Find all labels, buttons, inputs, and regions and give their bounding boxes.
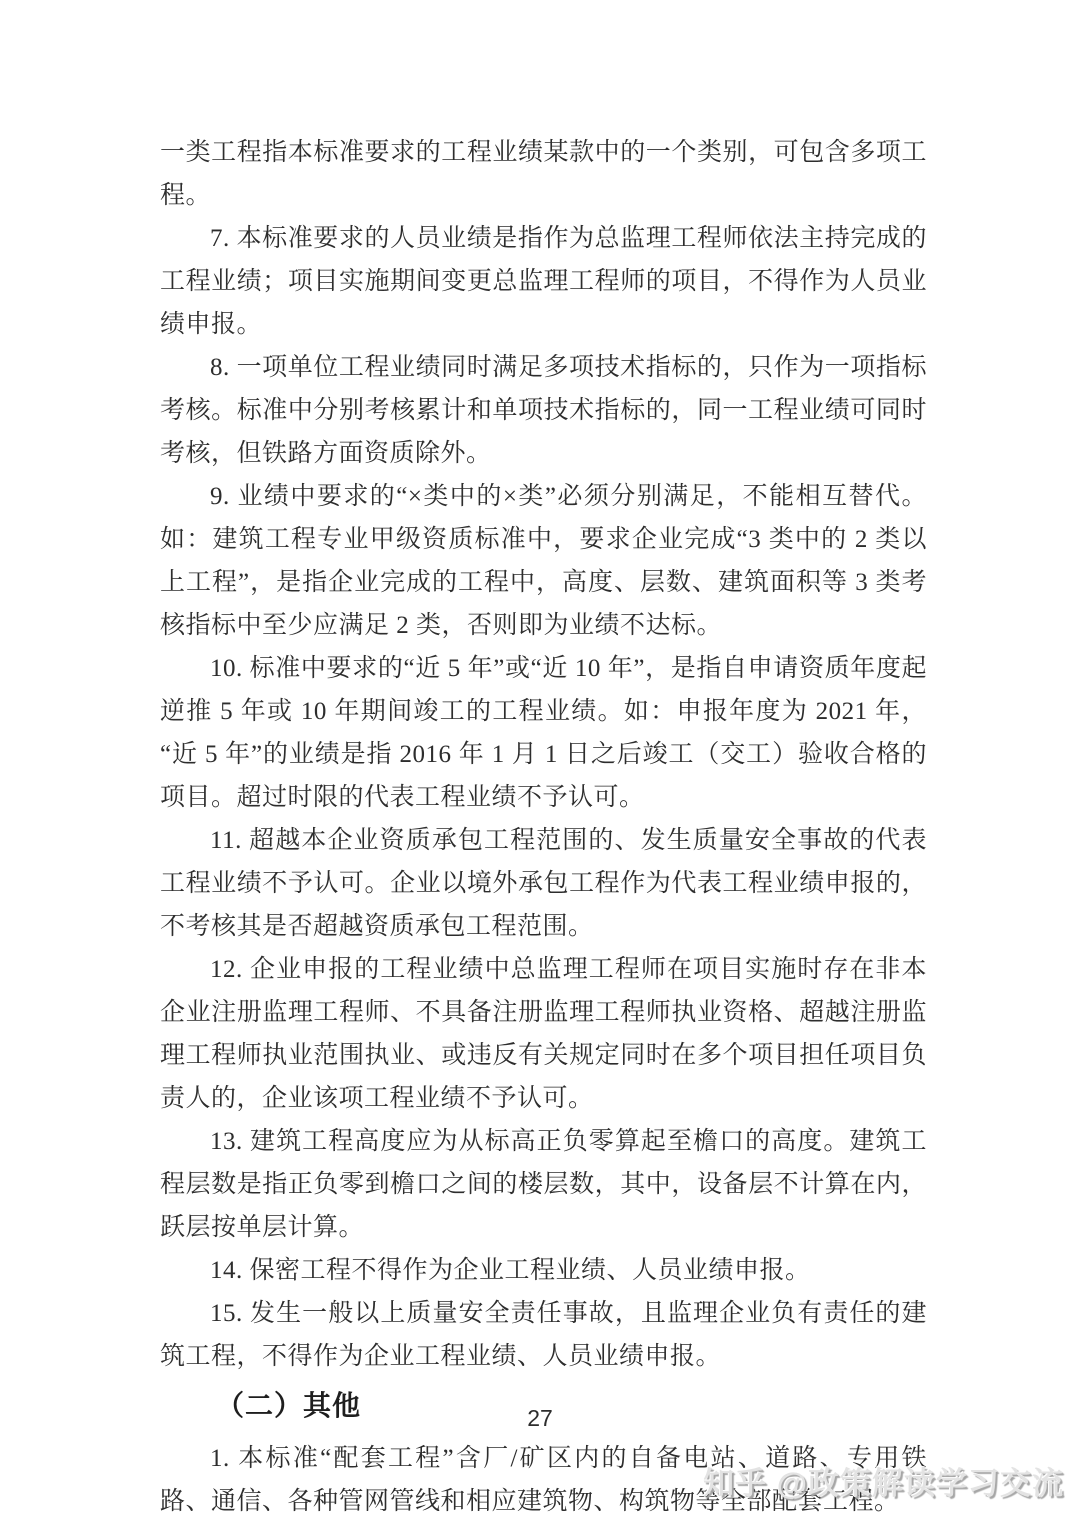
paragraph-note-7: 7. 本标准要求的人员业绩是指作为总监理工程师依法主持完成的工程业绩；项目实施期… (160, 217, 927, 346)
paragraph-note-14: 14. 保密工程不得作为企业工程业绩、人员业绩申报。 (160, 1249, 927, 1292)
paragraph-note-11: 11. 超越本企业资质承包工程范围的、发生质量安全事故的代表工程业绩不予认可。企… (160, 819, 927, 948)
paragraph-note-10: 10. 标准中要求的“近 5 年”或“近 10 年”，是指自申请资质年度起逆推 … (160, 647, 927, 819)
paragraph-note-8: 8. 一项单位工程业绩同时满足多项技术指标的，只作为一项指标考核。标准中分别考核… (160, 346, 927, 475)
paragraph-note-12: 12. 企业申报的工程业绩中总监理工程师在项目实施时存在非本企业注册监理工程师、… (160, 948, 927, 1120)
page-background: 一类工程指本标准要求的工程业绩某款中的一个类别，可包含多项工程。 7. 本标准要… (0, 0, 1080, 1527)
paragraph-note-9: 9. 业绩中要求的“×类中的×类”必须分别满足，不能相互替代。如：建筑工程专业甲… (160, 475, 927, 647)
zhihu-watermark: 知乎 @政策解读学习交流 (703, 1458, 1064, 1503)
paragraph-note-13: 13. 建筑工程高度应为从标高正负零算起至檐口的高度。建筑工程层数是指正负零到檐… (160, 1120, 927, 1249)
paragraph-continuation: 一类工程指本标准要求的工程业绩某款中的一个类别，可包含多项工程。 (160, 131, 927, 217)
document-page: { "doc": { "blocks": [ { "style": "body-… (0, 0, 1080, 1527)
page-number: 27 (0, 1405, 1080, 1432)
document-body: 一类工程指本标准要求的工程业绩某款中的一个类别，可包含多项工程。 7. 本标准要… (160, 0, 927, 1523)
paragraph-note-15: 15. 发生一般以上质量安全责任事故，且监理企业负有责任的建筑工程，不得作为企业… (160, 1292, 927, 1378)
